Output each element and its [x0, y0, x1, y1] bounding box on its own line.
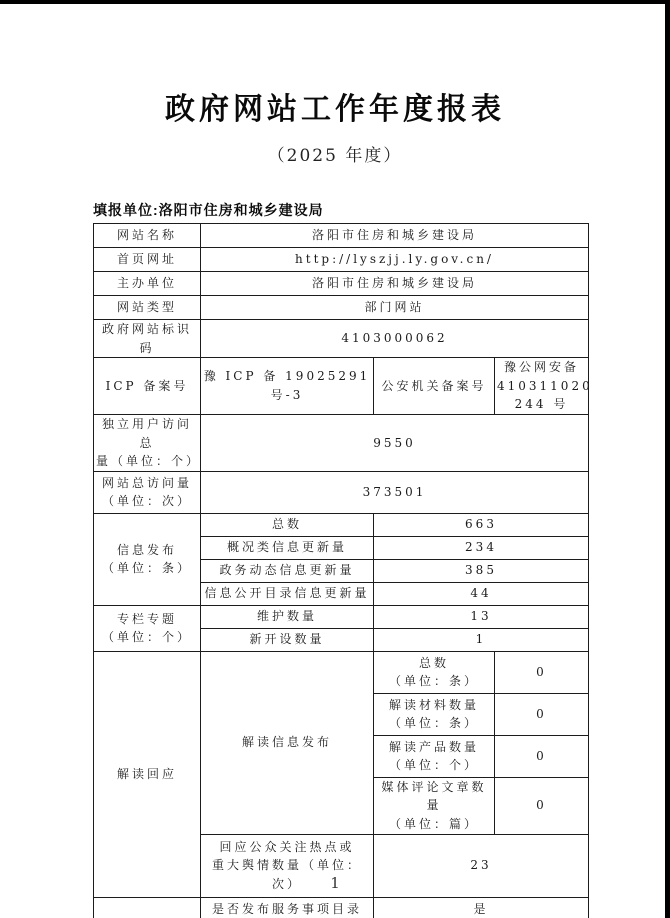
interp-material-value: 0 — [495, 693, 589, 735]
interp-media-label: 媒体评论文章数量 （单位：篇） — [374, 777, 495, 834]
site-code-value: 4103000062 — [201, 320, 589, 358]
site-type-label: 网站类型 — [94, 296, 201, 320]
interp-total-value: 0 — [495, 651, 589, 693]
home-url-label: 首页网址 — [94, 248, 201, 272]
report-unit-line: 填报单位:洛阳市住房和城乡建设局 — [93, 200, 324, 220]
columns-new-label: 新开设数量 — [201, 628, 374, 651]
scan-edge-right — [665, 0, 670, 918]
special-columns-group-label: 专栏专题 （单位：个） — [94, 605, 201, 651]
interp-material-label: 解读材料数量 （单位：条） — [374, 693, 495, 735]
icp-label: ICP 备案号 — [94, 358, 201, 415]
annual-report-table: 网站名称 洛阳市住房和城乡建设局 首页网址 http://lyszjj.ly.g… — [93, 223, 589, 918]
page-number: 1 — [0, 874, 670, 892]
info-overview-value: 234 — [374, 536, 589, 559]
columns-new-value: 1 — [374, 628, 589, 651]
police-filing-value: 豫公网安备 41031102000 244 号 — [495, 358, 589, 415]
info-publish-group-label: 信息发布 （单位：条） — [94, 513, 201, 605]
interp-media-value: 0 — [495, 777, 589, 834]
scan-edge-top — [0, 0, 670, 4]
police-filing-label: 公安机关备案号 — [374, 358, 495, 415]
total-visits-value: 373501 — [201, 471, 589, 513]
home-url-value: http://lyszjj.ly.gov.cn/ — [201, 248, 589, 272]
columns-maintained-label: 维护数量 — [201, 605, 374, 628]
info-total-label: 总数 — [201, 513, 374, 536]
page-title: 政府网站工作年度报表 — [0, 84, 670, 128]
unique-users-label: 独立用户访问总 量（单位：个） — [94, 414, 201, 471]
info-total-value: 663 — [374, 513, 589, 536]
service-catalog-value: 是 — [374, 897, 589, 918]
document-page: 政府网站工作年度报表 （2025 年度） 填报单位:洛阳市住房和城乡建设局 网站… — [0, 0, 670, 918]
interpretation-publish-label: 解读信息发布 — [201, 651, 374, 834]
info-overview-label: 概况类信息更新量 — [201, 536, 374, 559]
interp-product-label: 解读产品数量 （单位：个） — [374, 735, 495, 777]
info-gov-news-value: 385 — [374, 559, 589, 582]
interp-product-value: 0 — [495, 735, 589, 777]
service-catalog-label: 是否发布服务事项目录 — [201, 897, 374, 918]
page-subtitle: （2025 年度） — [0, 141, 670, 166]
info-open-catalog-label: 信息公开目录信息更新量 — [201, 582, 374, 605]
empty-cell — [94, 897, 201, 918]
interpretation-group-label: 解读回应 — [94, 651, 201, 897]
unique-users-value: 9550 — [201, 414, 589, 471]
site-name-value: 洛阳市住房和城乡建设局 — [201, 224, 589, 248]
columns-maintained-value: 13 — [374, 605, 589, 628]
interp-total-label: 总数 （单位：条） — [374, 651, 495, 693]
site-name-label: 网站名称 — [94, 224, 201, 248]
info-gov-news-label: 政务动态信息更新量 — [201, 559, 374, 582]
icp-value: 豫 ICP 备 19025291 号-3 — [201, 358, 374, 415]
site-code-label: 政府网站标识码 — [94, 320, 201, 358]
site-type-value: 部门网站 — [201, 296, 589, 320]
info-open-catalog-value: 44 — [374, 582, 589, 605]
host-unit-label: 主办单位 — [94, 272, 201, 296]
host-unit-value: 洛阳市住房和城乡建设局 — [201, 272, 589, 296]
total-visits-label: 网站总访问量 （单位：次） — [94, 471, 201, 513]
